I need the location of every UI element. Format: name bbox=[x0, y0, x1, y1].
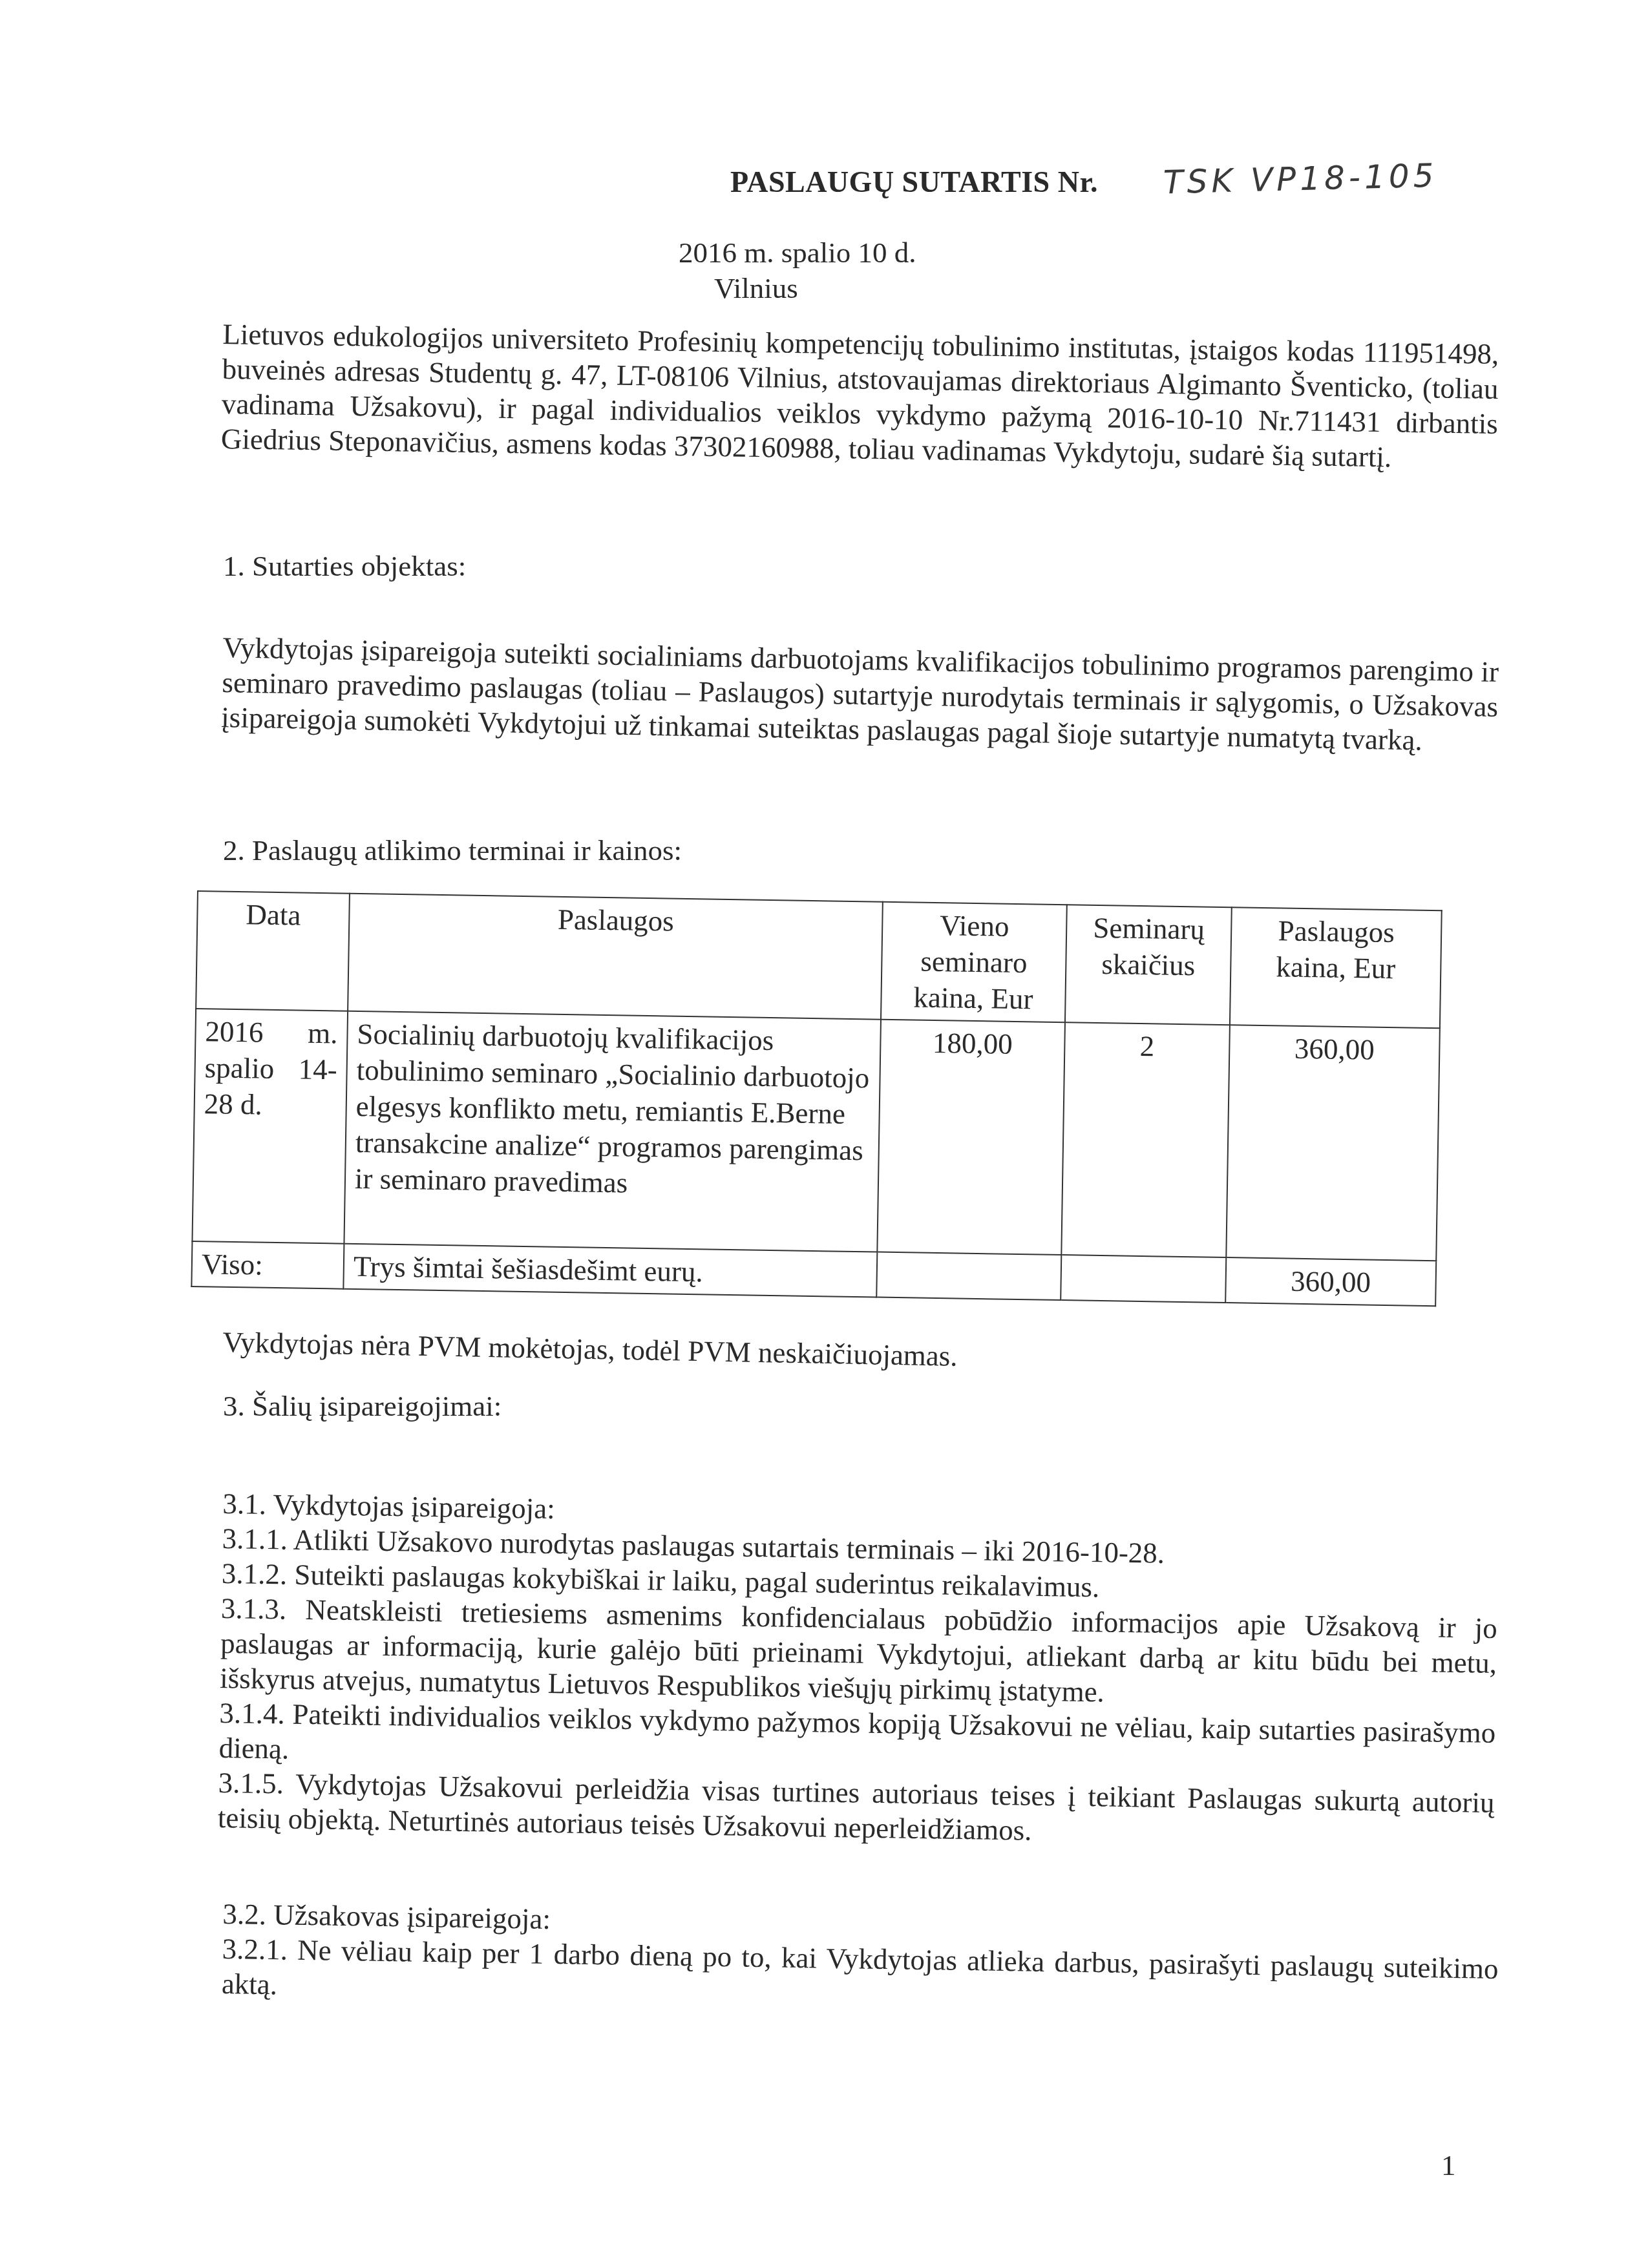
header-date: Data bbox=[196, 891, 350, 1011]
section-3-heading: 3. Šalių įsipareigojimai: bbox=[223, 1389, 502, 1423]
table-header-row: Data Paslaugos Vieno seminaro kaina, Eur… bbox=[196, 891, 1442, 1028]
header-unit-price: Vieno seminaro kaina, Eur bbox=[881, 902, 1067, 1022]
contract-title: PASLAUGŲ SUTARTIS Nr. bbox=[730, 165, 1098, 199]
section-3-2-block: 3.2. Užsakovas įsipareigoja: 3.2.1. Ne v… bbox=[221, 1896, 1499, 2021]
section-2-heading: 2. Paslaugų atlikimo terminai ir kainos: bbox=[223, 834, 682, 867]
document-page: PASLAUGŲ SUTARTIS Nr. TSK VP18-105 2016 … bbox=[0, 0, 1648, 2268]
row-total: 360,00 bbox=[1226, 1025, 1440, 1261]
header-total: Paslaugos kaina, Eur bbox=[1230, 907, 1442, 1028]
services-table: Data Paslaugos Vieno seminaro kaina, Eur… bbox=[191, 890, 1442, 1307]
section-1-heading: 1. Sutarties objektas: bbox=[223, 549, 466, 583]
footer-words: Trys šimtai šešiasdešimt eurų. bbox=[343, 1244, 877, 1297]
contract-date: 2016 m. spalio 10 d. bbox=[679, 236, 916, 269]
section-1-text: Vykdytojas įsipareigoja suteikti sociali… bbox=[221, 630, 1499, 759]
page-number: 1 bbox=[1441, 2148, 1456, 2182]
handwritten-contract-number: TSK VP18-105 bbox=[1163, 156, 1438, 201]
row-count: 2 bbox=[1061, 1022, 1230, 1257]
intro-paragraph: Lietuvos edukologijos universiteto Profe… bbox=[221, 317, 1499, 476]
header-count: Seminarų skaičius bbox=[1065, 905, 1232, 1025]
footer-unit-price bbox=[876, 1252, 1061, 1300]
row-service: Socialinių darbuotojų kvalifikacijos tob… bbox=[344, 1011, 881, 1252]
vat-note: Vykdytojas nėra PVM mokėtojas, todėl PVM… bbox=[222, 1325, 1499, 1384]
table-row: 2016 m. spalio 14-28 d. Socialinių darbu… bbox=[192, 1009, 1439, 1261]
row-unit-price: 180,00 bbox=[877, 1020, 1065, 1255]
footer-total: 360,00 bbox=[1225, 1257, 1436, 1306]
list-item: 3.1.3. Neatskleisti tretiesiems asmenims… bbox=[220, 1591, 1497, 1716]
footer-count bbox=[1061, 1255, 1226, 1303]
footer-label: Viso: bbox=[191, 1241, 344, 1289]
contract-city: Vilnius bbox=[714, 271, 798, 305]
section-3-1-block: 3.1. Vykdytojas įsipareigoja: 3.1.1. Atl… bbox=[218, 1486, 1499, 1855]
header-services: Paslaugos bbox=[348, 894, 883, 1020]
row-date: 2016 m. spalio 14-28 d. bbox=[192, 1009, 348, 1244]
